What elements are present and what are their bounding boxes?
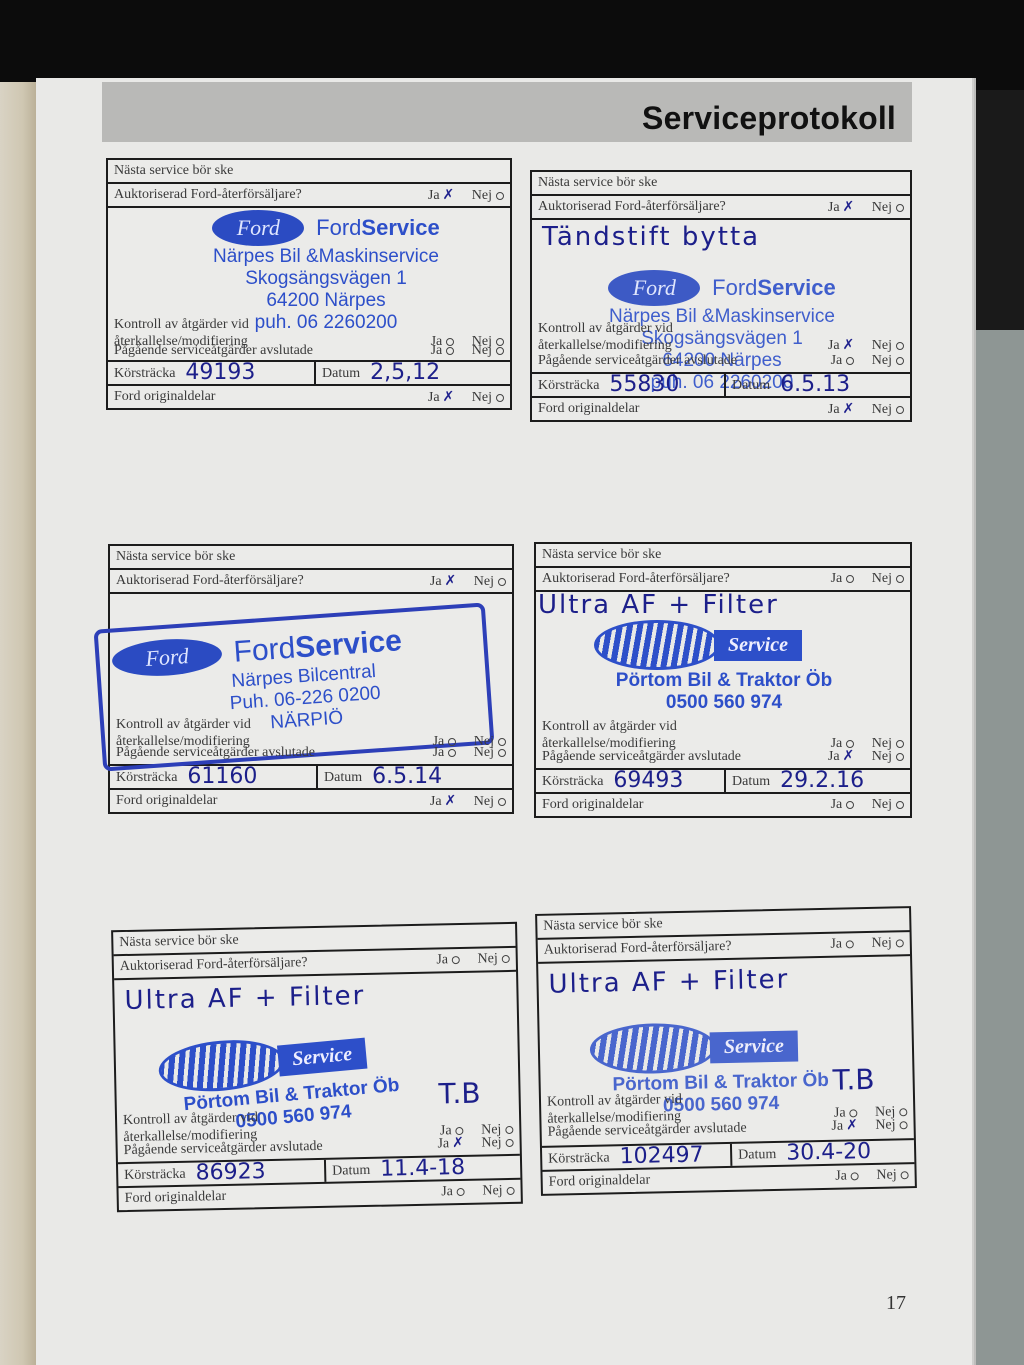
date-cell[interactable]: Datum6.5.14: [318, 766, 448, 788]
mileage-label: Körsträcka: [538, 378, 599, 393]
entry-body: Ford FordService Närpes Bil &Maskinservi…: [108, 208, 510, 362]
service-entry-7: Nästa service bör ske Auktoriserad Ford-…: [106, 158, 512, 410]
original-parts-row: Ford originaldelar Ja✗ Nej: [532, 398, 910, 420]
mileage-label: Körsträcka: [116, 770, 177, 785]
mileage-value: 55830: [609, 372, 679, 397]
no-label: Nej: [482, 1183, 503, 1198]
authorized-yes-option[interactable]: Ja: [831, 571, 855, 586]
yes-label: Ja: [430, 574, 442, 589]
parts-no-option[interactable]: Nej: [872, 797, 904, 812]
no-label: Nej: [477, 951, 498, 966]
check-mark-icon: ✗: [846, 1117, 858, 1133]
completed-yes-option[interactable]: Ja: [431, 343, 455, 358]
ongoing-completed-row: Pågående serviceåtgärder avslutade Ja Ne…: [116, 744, 506, 761]
mileage-label: Körsträcka: [124, 1167, 186, 1183]
radio-circle-icon: [456, 1127, 464, 1135]
date-label: Datum: [732, 774, 770, 789]
yes-label: Ja: [828, 338, 840, 353]
original-parts-label: Ford originaldelar: [125, 1189, 227, 1206]
authorized-yes-option[interactable]: Ja: [830, 936, 854, 951]
check-mark-icon: ✗: [445, 573, 457, 589]
authorized-no-option[interactable]: Nej: [871, 935, 904, 951]
authorized-dealer-label: Auktoriserad Ford-återförsäljare?: [120, 955, 308, 974]
radio-circle-icon: [896, 204, 904, 212]
page-number: 17: [886, 1292, 906, 1315]
yes-label: Ja: [830, 937, 842, 952]
parts-yes-option[interactable]: Ja✗: [428, 390, 454, 405]
no-label: Nej: [872, 338, 892, 353]
stamp-dealer-name: Närpes Bil &Maskinservice: [186, 246, 466, 268]
stamp-phone: 0500 560 974: [594, 692, 854, 714]
completed-no-option[interactable]: Nej: [474, 745, 506, 760]
parts-no-option[interactable]: Nej: [872, 402, 904, 417]
radio-circle-icon: [498, 578, 506, 586]
authorized-yes-option[interactable]: Ja✗: [430, 574, 456, 589]
entry-body: Ultra AF + Filter Service Pörtom Bil & T…: [538, 956, 914, 1148]
radio-circle-icon: [452, 956, 460, 964]
handwritten-note: Ultra AF + Filter: [538, 590, 779, 620]
no-label: Nej: [876, 1167, 897, 1182]
handwritten-note: Ultra AF + Filter: [548, 965, 789, 1000]
handwritten-note: Ultra AF + Filter: [124, 981, 365, 1016]
date-value: 6.5.13: [780, 372, 850, 397]
radio-circle-icon: [896, 939, 904, 947]
next-service-row: Nästa service bör ske: [532, 172, 910, 196]
completed-yes-option[interactable]: Ja✗: [437, 1136, 464, 1152]
yes-label: Ja: [835, 1168, 847, 1183]
date-value: 11.4-18: [380, 1155, 465, 1182]
ixxs-logo: Service: [594, 620, 854, 670]
recall-check-row: Kontroll av åtgärder vid återkallelse/mo…: [538, 320, 904, 354]
authorized-dealer-row: Auktoriserad Ford-återförsäljare? Ja✗ Ne…: [108, 184, 510, 208]
original-parts-row: Ford originaldelar Ja✗ Nej: [108, 386, 510, 408]
ixxs-logo: Service: [589, 1019, 850, 1074]
check-mark-icon: ✗: [452, 1135, 464, 1151]
ixxs-service-label: Service: [277, 1037, 367, 1076]
recall-yes-option[interactable]: Ja✗: [828, 338, 854, 353]
entry-body: Ultra AF + Filter Service Pörtom Bil & T…: [114, 972, 520, 1164]
mileage-cell[interactable]: Körsträcka61160: [110, 766, 318, 788]
yes-label: Ja: [428, 390, 440, 405]
radio-circle-icon: [448, 749, 456, 757]
mileage-value: 61160: [187, 764, 257, 789]
no-label: Nej: [474, 745, 494, 760]
date-cell[interactable]: Datum6.5.13: [726, 374, 856, 396]
yes-label: Ja: [430, 794, 442, 809]
completed-yes-option[interactable]: Ja✗: [831, 1118, 858, 1134]
radio-circle-icon: [446, 347, 454, 355]
original-parts-label: Ford originaldelar: [542, 797, 643, 812]
background-table-surface: [964, 330, 1024, 1365]
ford-logo-icon: Ford: [608, 270, 700, 306]
parts-no-option[interactable]: Nej: [472, 390, 504, 405]
radio-circle-icon: [850, 1109, 858, 1117]
service-entry-8: Nästa service bör ske Auktoriserad Ford-…: [530, 170, 912, 422]
authorized-dealer-label: Auktoriserad Ford-återförsäljare?: [542, 571, 730, 586]
parts-no-option[interactable]: Nej: [482, 1183, 515, 1199]
ford-service-label: FordService: [316, 215, 440, 240]
recall-check-row: Kontroll av åtgärder vid återkallelse/mo…: [542, 718, 904, 752]
page-title: Serviceprotokoll: [642, 100, 896, 137]
recall-check-label-line1: Kontroll av åtgärder vid: [542, 718, 904, 735]
mileage-value: 86923: [195, 1159, 266, 1185]
mileage-date-row: Körsträcka55830 Datum6.5.13: [532, 374, 910, 398]
radio-circle-icon: [896, 801, 904, 809]
authorized-dealer-label: Auktoriserad Ford-återförsäljare?: [544, 939, 732, 958]
no-label: Nej: [472, 188, 492, 203]
no-label: Nej: [481, 1135, 502, 1150]
background-dark-top: [0, 0, 1024, 90]
original-parts-label: Ford originaldelar: [538, 401, 639, 416]
radio-circle-icon: [846, 801, 854, 809]
authorized-no-option[interactable]: Nej: [474, 574, 506, 589]
mileage-date-row: Körsträcka49193 Datum2,5,12: [108, 362, 510, 386]
radio-circle-icon: [502, 955, 510, 963]
ixxs-service-label: Service: [714, 630, 802, 661]
parts-yes-option[interactable]: Ja: [835, 1168, 859, 1183]
date-value: 29.2.16: [780, 768, 864, 793]
service-entry-11: Nästa service bör ske Auktoriserad Ford-…: [111, 922, 523, 1212]
no-label: Nej: [871, 936, 892, 951]
parts-yes-option[interactable]: Ja: [831, 797, 855, 812]
yes-label: Ja: [831, 797, 843, 812]
date-label: Datum: [322, 366, 360, 381]
no-label: Nej: [872, 797, 892, 812]
original-parts-label: Ford originaldelar: [114, 389, 215, 404]
header-band: Serviceprotokoll: [102, 82, 912, 142]
check-mark-icon: ✗: [443, 389, 455, 405]
next-service-label: Nästa service bör ske: [538, 175, 657, 190]
ongoing-completed-label: Pågående serviceåtgärder avslutade: [116, 745, 315, 760]
entry-body: Tändstift bytta Ford FordService Närpes …: [532, 220, 910, 374]
radio-circle-icon: [899, 1108, 907, 1116]
radio-circle-icon: [498, 798, 506, 806]
next-service-label: Nästa service bör ske: [116, 549, 235, 564]
stamp-address: Skogsängsvägen 1: [186, 268, 466, 290]
radio-circle-icon: [496, 394, 504, 402]
original-parts-row: Ford originaldelar Ja Nej: [536, 794, 910, 816]
entry-body: Ford FordService Närpes Bilcentral Puh. …: [110, 594, 512, 766]
mileage-cell[interactable]: Körsträcka102497: [542, 1144, 732, 1170]
ixxs-service-label: Service: [710, 1030, 799, 1063]
next-service-label: Nästa service bör ske: [542, 547, 661, 562]
check-mark-icon: ✗: [843, 748, 855, 764]
authorized-yes-option[interactable]: Ja: [436, 952, 460, 967]
original-parts-label: Ford originaldelar: [549, 1173, 651, 1190]
mileage-value: 102497: [619, 1142, 703, 1169]
date-value: 6.5.14: [372, 764, 442, 789]
ongoing-completed-label: Pågående serviceåtgärder avslutade: [538, 353, 737, 368]
radio-circle-icon: [896, 740, 904, 748]
mileage-label: Körsträcka: [114, 366, 175, 381]
yes-label: Ja: [831, 353, 843, 368]
authorized-no-option[interactable]: Nej: [872, 571, 904, 586]
radio-circle-icon: [506, 1139, 514, 1147]
radio-circle-icon: [896, 575, 904, 583]
ongoing-completed-label: Pågående serviceåtgärder avslutade: [542, 749, 741, 764]
entry-body: Ultra AF + Filter Service Pörtom Bil & T…: [536, 592, 910, 770]
authorized-dealer-label: Auktoriserad Ford-återförsäljare?: [116, 573, 304, 588]
service-entry-9: Nästa service bör ske Auktoriserad Ford-…: [108, 544, 514, 814]
authorized-dealer-row: Auktoriserad Ford-återförsäljare? Ja Nej: [536, 568, 910, 592]
no-label: Nej: [872, 353, 892, 368]
mileage-cell[interactable]: Körsträcka49193: [108, 362, 316, 384]
authorized-dealer-row: Auktoriserad Ford-återförsäljare? Ja✗ Ne…: [110, 570, 512, 594]
yes-label: Ja: [828, 200, 840, 215]
yes-label: Ja: [831, 571, 843, 586]
check-mark-icon: ✗: [843, 337, 855, 353]
radio-circle-icon: [896, 406, 904, 414]
ixxs-logo-icon: [594, 620, 720, 670]
authorized-dealer-row: Auktoriserad Ford-återförsäljare? Ja✗ Ne…: [532, 196, 910, 220]
radio-circle-icon: [457, 1188, 465, 1196]
next-service-row: Nästa service bör ske: [108, 160, 510, 184]
authorized-yes-option[interactable]: Ja✗: [428, 188, 454, 203]
date-label: Datum: [324, 770, 362, 785]
yes-label: Ja: [431, 343, 443, 358]
radio-circle-icon: [896, 342, 904, 350]
authorized-no-option[interactable]: Nej: [872, 200, 904, 215]
authorized-no-option[interactable]: Nej: [477, 951, 510, 967]
check-mark-icon: ✗: [843, 401, 855, 417]
next-service-label: Nästa service bör ske: [119, 933, 239, 950]
radio-circle-icon: [846, 940, 854, 948]
no-label: Nej: [872, 571, 892, 586]
next-service-row: Nästa service bör ske: [110, 546, 512, 570]
date-value: 2,5,12: [370, 360, 440, 385]
next-service-row: Nästa service bör ske: [536, 544, 910, 568]
yes-label: Ja: [436, 952, 448, 967]
ford-service-label: FordService: [712, 275, 836, 300]
recall-check-label-line1: Kontroll av åtgärder vid: [114, 316, 504, 333]
recall-check-label-line1: Kontroll av åtgärder vid: [538, 320, 904, 337]
mileage-label: Körsträcka: [542, 774, 603, 789]
no-label: Nej: [472, 343, 492, 358]
left-page-edge: [0, 82, 38, 1365]
completed-no-option[interactable]: Nej: [872, 749, 904, 764]
radio-circle-icon: [507, 1187, 515, 1195]
service-entry-12: Nästa service bör ske Auktoriserad Ford-…: [535, 906, 917, 1196]
completed-yes-option[interactable]: Ja: [831, 353, 855, 368]
yes-label: Ja: [828, 749, 840, 764]
radio-circle-icon: [846, 357, 854, 365]
mileage-cell[interactable]: Körsträcka69493: [536, 770, 726, 792]
date-value: 30.4-20: [786, 1139, 871, 1166]
parts-yes-option[interactable]: Ja✗: [828, 402, 854, 417]
mileage-date-row: Körsträcka61160 Datum6.5.14: [110, 766, 512, 790]
parts-no-option[interactable]: Nej: [474, 794, 506, 809]
ongoing-completed-label: Pågående serviceåtgärder avslutade: [114, 343, 313, 358]
ford-logo-icon: Ford: [111, 636, 223, 680]
radio-circle-icon: [901, 1171, 909, 1179]
radio-circle-icon: [846, 740, 854, 748]
radio-circle-icon: [896, 753, 904, 761]
ixxs-service-stamp: Service Pörtom Bil & Traktor Öb 0500 560…: [594, 620, 854, 714]
mileage-cell[interactable]: Körsträcka55830: [532, 374, 726, 396]
check-mark-icon: ✗: [445, 793, 457, 809]
yes-label: Ja: [441, 1184, 453, 1199]
completed-no-option[interactable]: Nej: [875, 1117, 908, 1133]
mileage-cell[interactable]: Körsträcka86923: [118, 1160, 326, 1186]
next-service-label: Nästa service bör ske: [114, 163, 233, 178]
yes-label: Ja: [828, 402, 840, 417]
radio-circle-icon: [498, 749, 506, 757]
ongoing-completed-row: Pågående serviceåtgärder avslutade Ja✗ N…: [542, 748, 904, 765]
no-label: Nej: [472, 390, 492, 405]
ongoing-completed-label: Pågående serviceåtgärder avslutade: [548, 1121, 747, 1140]
authorized-yes-option[interactable]: Ja✗: [828, 200, 854, 215]
yes-label: Ja: [428, 188, 440, 203]
recall-check-label-line1: Kontroll av åtgärder vid: [116, 716, 506, 733]
parts-no-option[interactable]: Nej: [876, 1167, 909, 1183]
parts-yes-option[interactable]: Ja✗: [430, 794, 456, 809]
date-cell[interactable]: Datum29.2.16: [726, 770, 870, 792]
ixxs-logo-icon: [589, 1022, 716, 1075]
mileage-date-row: Körsträcka69493 Datum29.2.16: [536, 770, 910, 794]
yes-label: Ja: [831, 1119, 843, 1134]
radio-circle-icon: [496, 192, 504, 200]
check-mark-icon: ✗: [443, 187, 455, 203]
no-label: Nej: [872, 402, 892, 417]
ongoing-completed-row: Pågående serviceåtgärder avslutade Ja Ne…: [114, 342, 504, 359]
radio-circle-icon: [896, 357, 904, 365]
mileage-value: 69493: [613, 768, 683, 793]
completed-yes-option[interactable]: Ja: [433, 745, 457, 760]
authorized-no-option[interactable]: Nej: [472, 188, 504, 203]
no-label: Nej: [474, 574, 494, 589]
completed-no-option[interactable]: Nej: [481, 1135, 514, 1151]
date-cell[interactable]: Datum11.4-18: [326, 1157, 471, 1182]
recall-no-option[interactable]: Nej: [872, 338, 904, 353]
date-label: Datum: [332, 1163, 370, 1179]
radio-circle-icon: [496, 347, 504, 355]
authorized-dealer-label: Auktoriserad Ford-återförsäljare?: [538, 199, 726, 214]
completed-no-option[interactable]: Nej: [472, 343, 504, 358]
no-label: Nej: [474, 794, 494, 809]
next-service-label: Nästa service bör ske: [543, 916, 663, 933]
ford-logo-icon: Ford: [212, 210, 304, 246]
date-label: Datum: [732, 378, 770, 393]
mileage-label: Körsträcka: [548, 1150, 610, 1166]
mileage-value: 49193: [185, 360, 255, 385]
handwritten-note: Tändstift bytta: [542, 222, 760, 252]
stamp-postal: 64200 Närpes: [186, 290, 466, 312]
stamp-dealer-name: Pörtom Bil & Traktor Öb: [594, 670, 854, 692]
completed-yes-option[interactable]: Ja✗: [828, 749, 854, 764]
completed-no-option[interactable]: Nej: [872, 353, 904, 368]
original-parts-label: Ford originaldelar: [116, 793, 217, 808]
yes-label: Ja: [437, 1136, 449, 1151]
date-cell[interactable]: Datum2,5,12: [316, 362, 446, 384]
radio-circle-icon: [846, 575, 854, 583]
authorized-dealer-label: Auktoriserad Ford-återförsäljare?: [114, 187, 302, 202]
radio-circle-icon: [505, 1126, 513, 1134]
radio-circle-icon: [851, 1172, 859, 1180]
no-label: Nej: [872, 200, 892, 215]
yes-label: Ja: [433, 745, 445, 760]
radio-circle-icon: [900, 1121, 908, 1129]
ongoing-completed-row: Pågående serviceåtgärder avslutade Ja Ne…: [538, 352, 904, 369]
ongoing-completed-label: Pågående serviceåtgärder avslutade: [124, 1139, 323, 1158]
booklet-page: Serviceprotokoll Nästa service bör ske A…: [36, 78, 972, 1365]
parts-yes-option[interactable]: Ja: [441, 1184, 465, 1199]
date-cell[interactable]: Datum30.4-20: [732, 1141, 877, 1166]
date-label: Datum: [738, 1147, 776, 1163]
no-label: Nej: [872, 749, 892, 764]
service-entry-10: Nästa service bör ske Auktoriserad Ford-…: [534, 542, 912, 818]
no-label: Nej: [875, 1117, 896, 1132]
check-mark-icon: ✗: [843, 199, 855, 215]
original-parts-row: Ford originaldelar Ja✗ Nej: [110, 790, 512, 812]
